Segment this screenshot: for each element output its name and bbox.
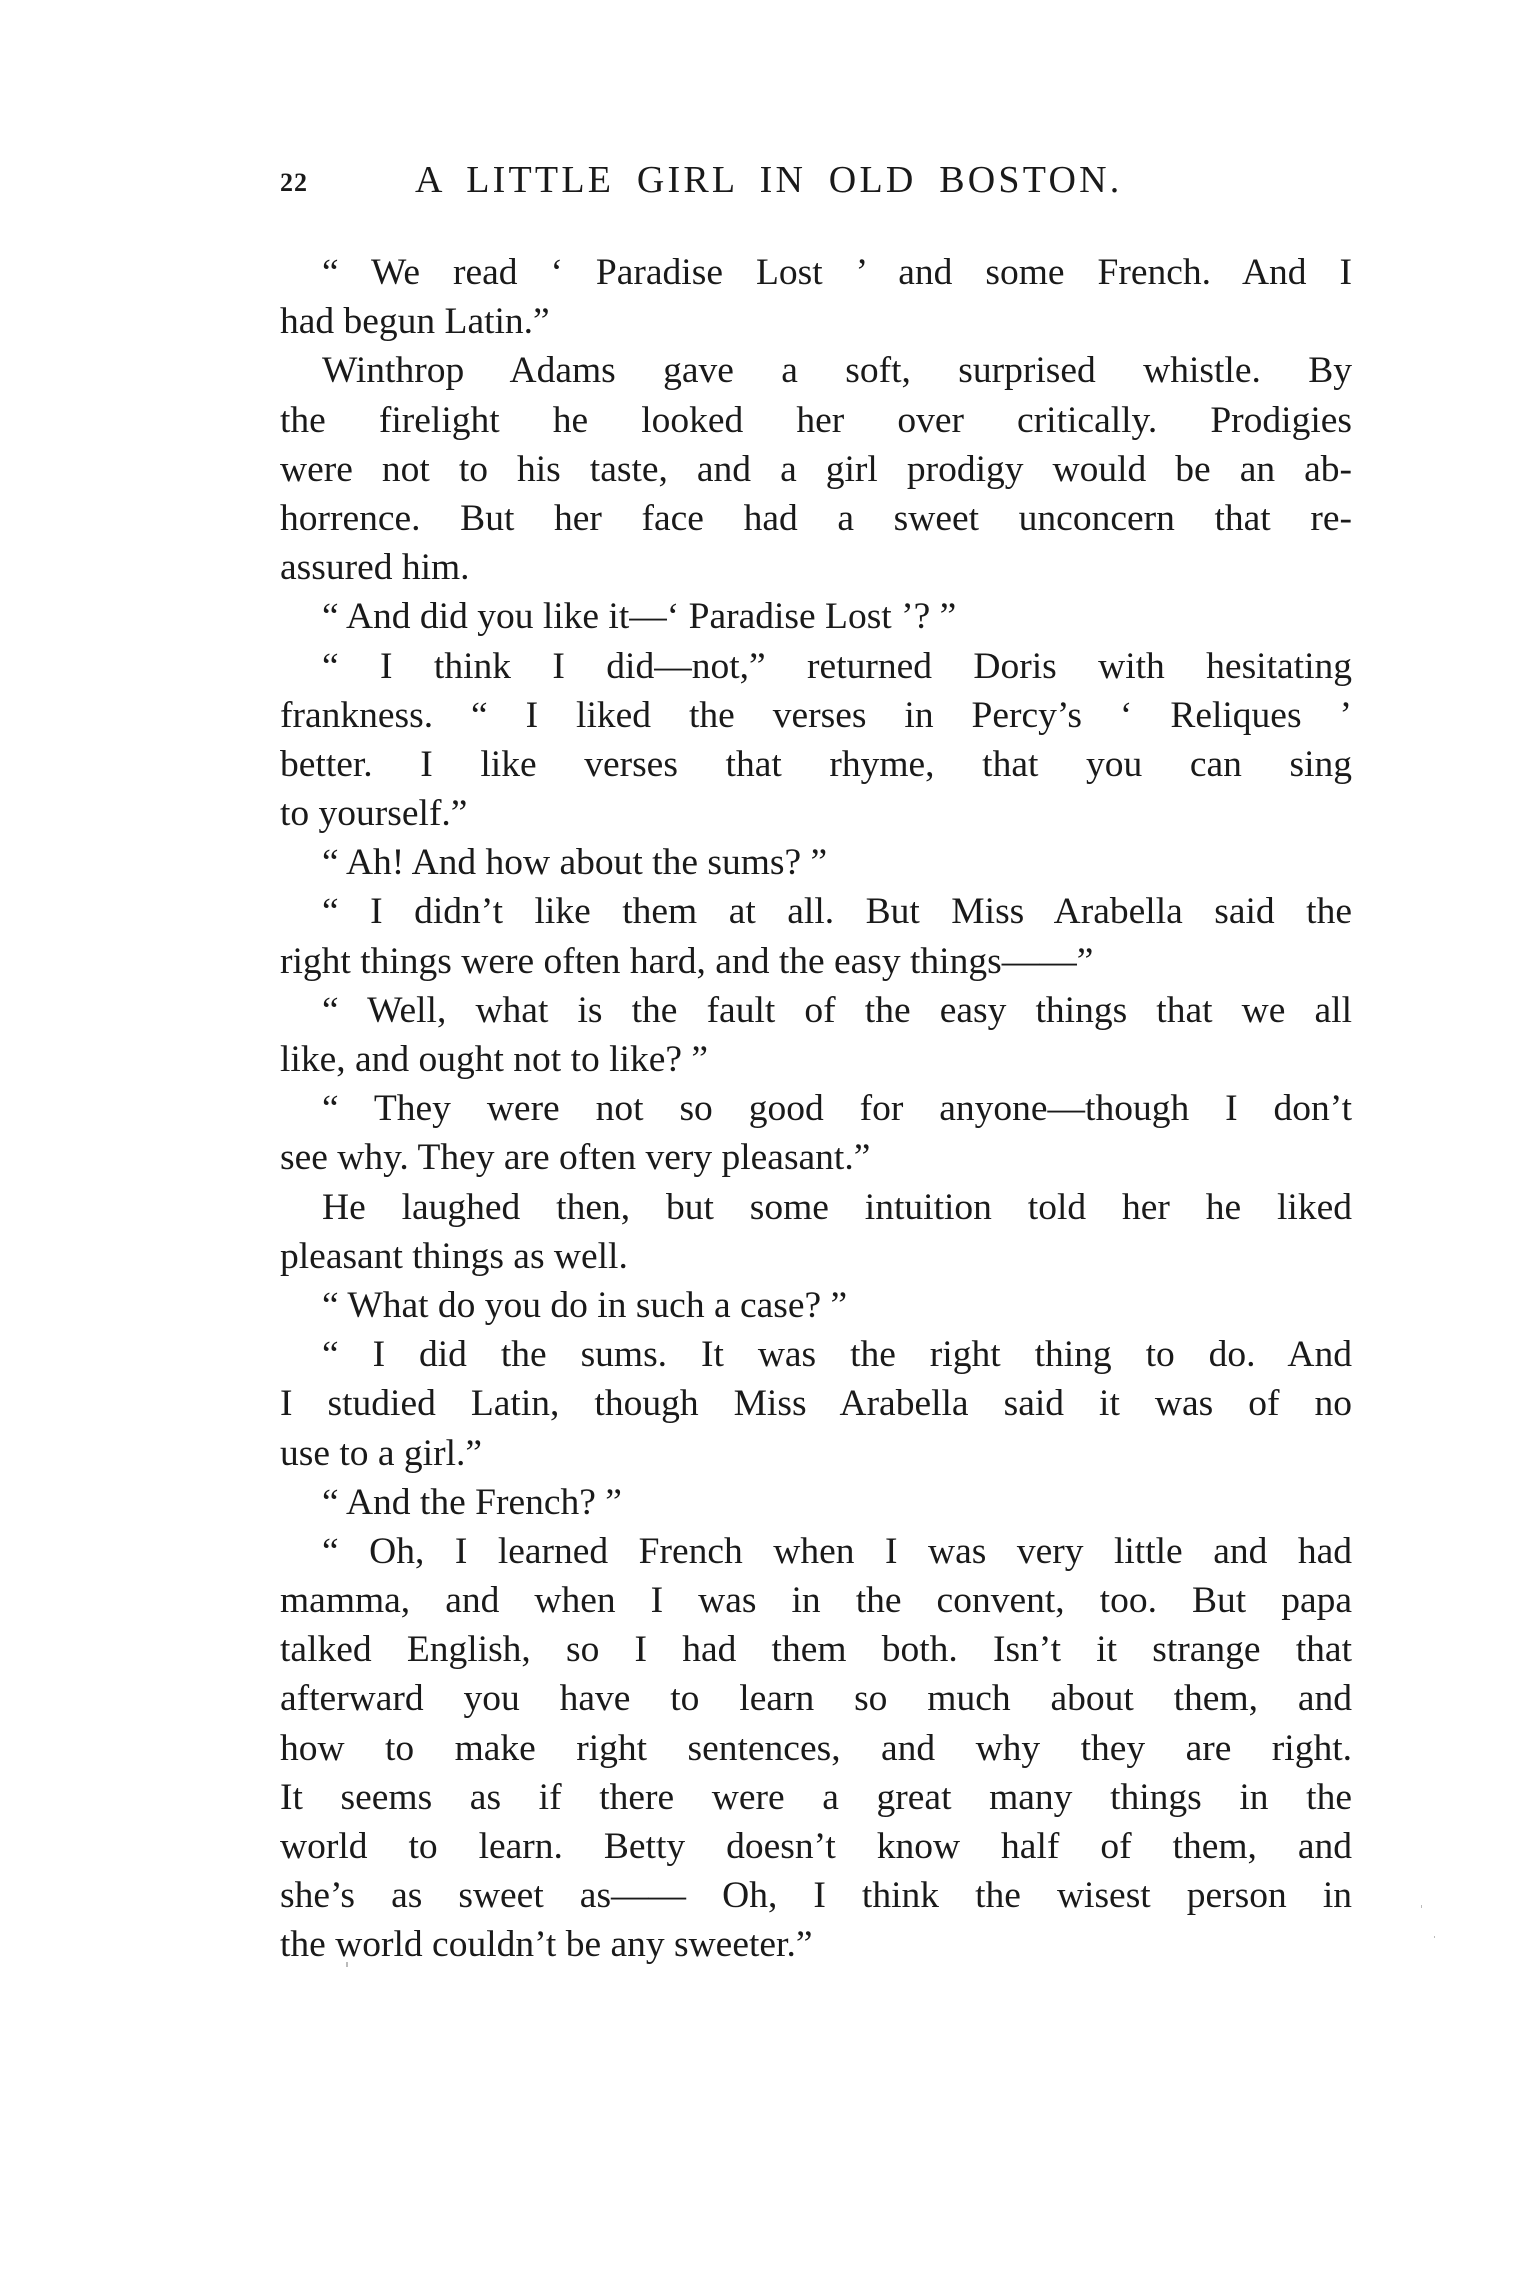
scan-speck bbox=[1434, 1936, 1435, 1938]
text-line: It seems as if there were a great many t… bbox=[280, 1773, 1352, 1822]
text-line: pleasant things as well. bbox=[280, 1232, 1352, 1281]
page-number: 22 bbox=[280, 168, 308, 198]
body-text: “ We read ‘ Paradise Lost ’ and some Fre… bbox=[280, 248, 1352, 1970]
text-line: “ They were not so good for anyone—thoug… bbox=[280, 1084, 1352, 1133]
scan-speck bbox=[346, 1962, 348, 1967]
text-line: “ What do you do in such a case? ” bbox=[280, 1281, 1352, 1330]
running-header: 22 A LITTLE GIRL IN OLD BOSTON. bbox=[280, 158, 1360, 208]
text-line: she’s as sweet as—— Oh, I think the wise… bbox=[280, 1871, 1352, 1920]
scan-speck bbox=[1421, 1905, 1422, 1908]
text-line: better. I like verses that rhyme, that y… bbox=[280, 740, 1352, 789]
text-line: right things were often hard, and the ea… bbox=[280, 937, 1352, 986]
text-line: afterward you have to learn so much abou… bbox=[280, 1674, 1352, 1723]
text-line: “ I didn’t like them at all. But Miss Ar… bbox=[280, 887, 1352, 936]
text-line: to yourself.” bbox=[280, 789, 1352, 838]
text-line: were not to his taste, and a girl prodig… bbox=[280, 445, 1352, 494]
book-page: 22 A LITTLE GIRL IN OLD BOSTON. “ We rea… bbox=[0, 0, 1538, 2271]
text-line: see why. They are often very pleasant.” bbox=[280, 1133, 1352, 1182]
text-line: “ And did you like it—‘ Paradise Lost ’?… bbox=[280, 592, 1352, 641]
text-line: assured him. bbox=[280, 543, 1352, 592]
text-line: the world couldn’t be any sweeter.” bbox=[280, 1920, 1352, 1969]
text-line: world to learn. Betty doesn’t know half … bbox=[280, 1822, 1352, 1871]
text-line: talked English, so I had them both. Isn’… bbox=[280, 1625, 1352, 1674]
text-line: like, and ought not to like? ” bbox=[280, 1035, 1352, 1084]
text-line: the firelight he looked her over critica… bbox=[280, 396, 1352, 445]
text-line: Winthrop Adams gave a soft, surprised wh… bbox=[280, 346, 1352, 395]
text-line: how to make right sentences, and why the… bbox=[280, 1724, 1352, 1773]
text-line: “ We read ‘ Paradise Lost ’ and some Fre… bbox=[280, 248, 1352, 297]
text-line: had begun Latin.” bbox=[280, 297, 1352, 346]
text-line: “ Well, what is the fault of the easy th… bbox=[280, 986, 1352, 1035]
text-line: He laughed then, but some intuition told… bbox=[280, 1183, 1352, 1232]
text-line: horrence. But her face had a sweet uncon… bbox=[280, 494, 1352, 543]
text-line: “ Oh, I learned French when I was very l… bbox=[280, 1527, 1352, 1576]
running-title: A LITTLE GIRL IN OLD BOSTON. bbox=[415, 158, 1122, 202]
text-line: “ I did the sums. It was the right thing… bbox=[280, 1330, 1352, 1379]
text-line: “ I think I did—not,” returned Doris wit… bbox=[280, 642, 1352, 691]
text-line: I studied Latin, though Miss Arabella sa… bbox=[280, 1379, 1352, 1428]
text-line: “ Ah! And how about the sums? ” bbox=[280, 838, 1352, 887]
text-line: use to a girl.” bbox=[280, 1429, 1352, 1478]
text-line: mamma, and when I was in the convent, to… bbox=[280, 1576, 1352, 1625]
text-line: frankness. “ I liked the verses in Percy… bbox=[280, 691, 1352, 740]
text-line: “ And the French? ” bbox=[280, 1478, 1352, 1527]
